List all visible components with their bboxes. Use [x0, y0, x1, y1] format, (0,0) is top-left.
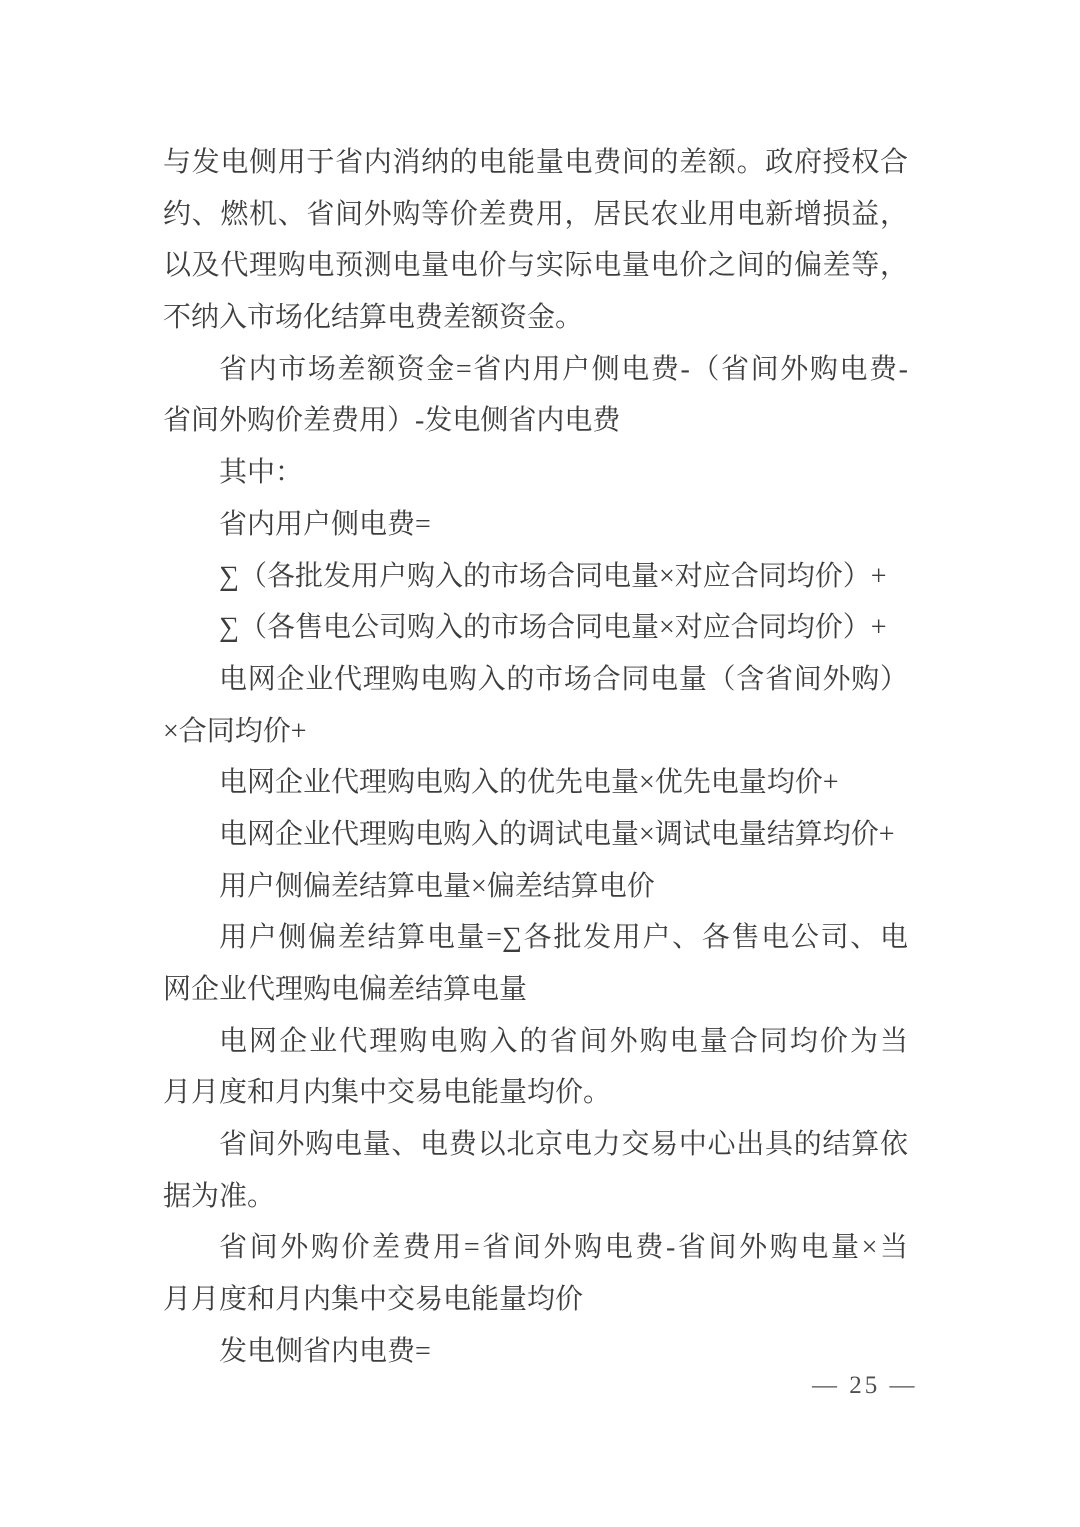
- text-line: 据为准。: [163, 1171, 908, 1223]
- document-body: 与发电侧用于省内消纳的电能量电费间的差额。政府授权合约、燃机、省间外购等价差费用…: [163, 137, 908, 1378]
- text-line: 用户侧偏差结算电量×偏差结算电价: [163, 861, 908, 913]
- text-line: 与发电侧用于省内消纳的电能量电费间的差额。政府授权合: [163, 137, 908, 189]
- text-line: 省间外购价差费用）-发电侧省内电费: [163, 395, 908, 447]
- text-line: ∑（各批发用户购入的市场合同电量×对应合同均价）+: [163, 551, 908, 603]
- text-line: 月月度和月内集中交易电能量均价。: [163, 1067, 908, 1119]
- text-line: 其中：: [163, 447, 908, 499]
- text-line: 用户侧偏差结算电量=∑各批发用户、各售电公司、电: [163, 912, 908, 964]
- page-footer: — 25 —: [0, 1372, 1080, 1412]
- text-line: ∑（各售电公司购入的市场合同电量×对应合同均价）+: [163, 602, 908, 654]
- document-page: 与发电侧用于省内消纳的电能量电费间的差额。政府授权合约、燃机、省间外购等价差费用…: [0, 0, 1080, 1527]
- text-line: 不纳入市场化结算电费差额资金。: [163, 292, 908, 344]
- text-line: 省间外购价差费用=省间外购电费-省间外购电量×当: [163, 1222, 908, 1274]
- text-line: 网企业代理购电偏差结算电量: [163, 964, 908, 1016]
- text-line: 电网企业代理购电购入的市场合同电量（含省间外购）: [163, 654, 908, 706]
- text-line: ×合同均价+: [163, 706, 908, 758]
- text-line: 省内市场差额资金=省内用户侧电费-（省间外购电费-: [163, 344, 908, 396]
- page-number: — 25 —: [812, 1372, 918, 1400]
- text-line: 约、燃机、省间外购等价差费用，居民农业用电新增损益，: [163, 189, 908, 241]
- text-line: 电网企业代理购电购入的调试电量×调试电量结算均价+: [163, 809, 908, 861]
- text-line: 省内用户侧电费=: [163, 499, 908, 551]
- text-line: 省间外购电量、电费以北京电力交易中心出具的结算依: [163, 1119, 908, 1171]
- text-line: 电网企业代理购电购入的省间外购电量合同均价为当: [163, 1016, 908, 1068]
- text-line: 以及代理购电预测电量电价与实际电量电价之间的偏差等，: [163, 240, 908, 292]
- text-line: 月月度和月内集中交易电能量均价: [163, 1274, 908, 1326]
- text-line: 发电侧省内电费=: [163, 1326, 908, 1378]
- text-line: 电网企业代理购电购入的优先电量×优先电量均价+: [163, 757, 908, 809]
